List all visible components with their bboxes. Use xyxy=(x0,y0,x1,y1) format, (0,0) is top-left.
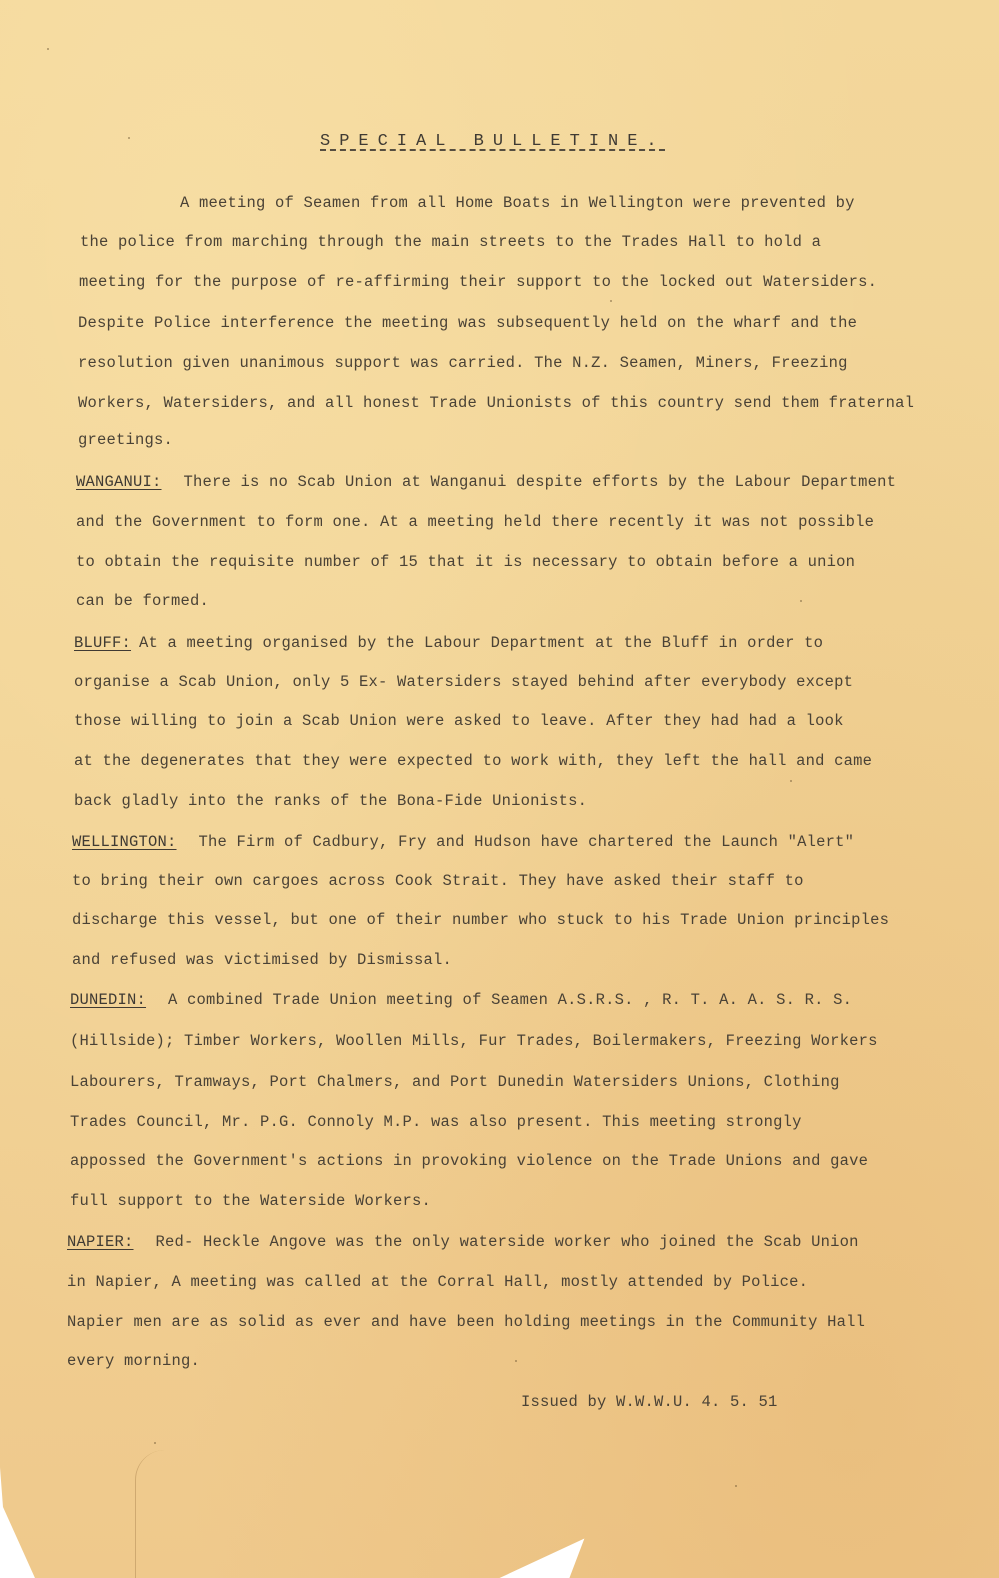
section-line: There is no Scab Union at Wanganui despi… xyxy=(184,473,897,491)
section-line: The Firm of Cadbury, Fry and Hudson have… xyxy=(199,833,855,851)
paper-speck xyxy=(154,1442,156,1444)
bulletin-title: SPECIAL BULLETINE. xyxy=(320,132,666,151)
section-line: to obtain the requisite number of 15 tha… xyxy=(76,552,855,572)
paper-speck xyxy=(47,48,49,50)
section-heading: DUNEDIN: xyxy=(70,991,146,1009)
section-line: Napier men are as solid as ever and have… xyxy=(67,1312,865,1332)
paper-speck xyxy=(610,300,612,302)
section-line: A combined Trade Union meeting of Seamen… xyxy=(168,991,852,1009)
paper-crease xyxy=(135,1450,196,1578)
section-heading: NAPIER: xyxy=(67,1233,134,1251)
paper-speck xyxy=(790,780,792,782)
intro-line: resolution given unanimous support was c… xyxy=(78,353,848,373)
issued-by-signoff: Issued by W.W.W.U. 4. 5. 51 xyxy=(521,1392,778,1412)
section-bluff: BLUFF:At a meeting organised by the Labo… xyxy=(74,633,823,653)
section-line: At a meeting organised by the Labour Dep… xyxy=(139,634,823,652)
section-line: Red- Heckle Angove was the only watersid… xyxy=(156,1233,859,1251)
intro-line: meeting for the purpose of re-affirming … xyxy=(79,272,877,292)
section-dunedin: DUNEDIN:A combined Trade Union meeting o… xyxy=(70,990,852,1010)
intro-line: A meeting of Seamen from all Home Boats … xyxy=(180,193,855,213)
paper-speck xyxy=(515,1360,517,1362)
section-line: Labourers, Tramways, Port Chalmers, and … xyxy=(70,1072,840,1092)
section-heading: WANGANUI: xyxy=(76,473,162,491)
section-line: and the Government to form one. At a mee… xyxy=(76,512,874,532)
section-heading: WELLINGTON: xyxy=(72,833,177,851)
section-line: full support to the Waterside Workers. xyxy=(70,1191,431,1211)
intro-line: Despite Police interference the meeting … xyxy=(78,313,857,333)
section-heading: BLUFF: xyxy=(74,634,131,652)
paper-speck xyxy=(735,1485,737,1487)
section-wanganui: WANGANUI:There is no Scab Union at Wanga… xyxy=(76,472,896,492)
section-line: (Hillside); Timber Workers, Woollen Mill… xyxy=(70,1031,878,1051)
section-line: in Napier, A meeting was called at the C… xyxy=(67,1272,808,1292)
section-line: those willing to join a Scab Union were … xyxy=(74,711,844,731)
section-line: back gladly into the ranks of the Bona-F… xyxy=(74,791,587,811)
paper-speck xyxy=(800,600,802,602)
section-wellington: WELLINGTON:The Firm of Cadbury, Fry and … xyxy=(72,832,854,852)
section-line: appossed the Government's actions in pro… xyxy=(70,1151,868,1171)
paper-speck xyxy=(128,137,130,139)
section-line: to bring their own cargoes across Cook S… xyxy=(72,871,804,891)
section-line: every morning. xyxy=(67,1351,200,1371)
intro-line: greetings. xyxy=(78,430,173,450)
section-line: Trades Council, Mr. P.G. Connoly M.P. wa… xyxy=(70,1112,802,1132)
section-line: organise a Scab Union, only 5 Ex- Waters… xyxy=(74,672,853,692)
section-line: can be formed. xyxy=(76,591,209,611)
section-line: at the degenerates that they were expect… xyxy=(74,751,872,771)
section-line: and refused was victimised by Dismissal. xyxy=(72,950,452,970)
section-napier: NAPIER:Red- Heckle Angove was the only w… xyxy=(67,1232,859,1252)
intro-line: Workers, Watersiders, and all honest Tra… xyxy=(78,393,914,413)
section-line: discharge this vessel, but one of their … xyxy=(72,910,889,930)
intro-line: the police from marching through the mai… xyxy=(80,232,821,252)
